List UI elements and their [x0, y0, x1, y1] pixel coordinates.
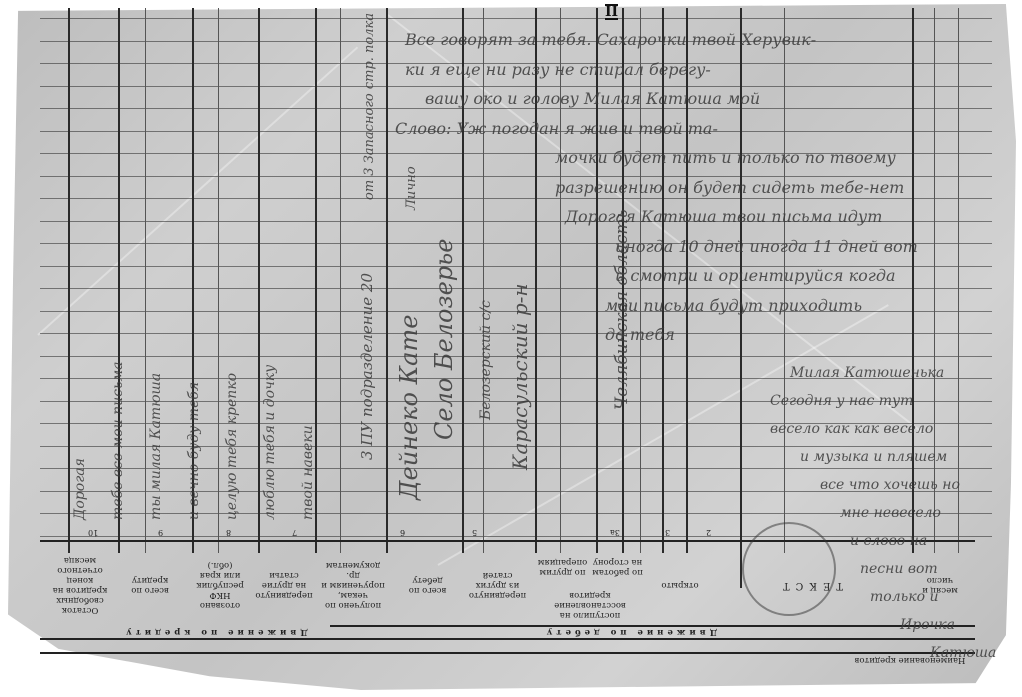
column-header-works: по работам на сторону: [590, 548, 645, 586]
letter-line: разрешению он будет сидеть тебе-нет: [555, 178, 904, 197]
column-header-moved-in: передвинуто из других статей: [465, 548, 530, 623]
column-number: 2: [706, 528, 711, 537]
letter-line: Ирочка: [900, 617, 955, 633]
letter-line: и смотри и ориентируйся когда: [615, 266, 896, 285]
letter-line: песни вот: [860, 561, 938, 577]
letter-line: Сегодня у нас тут: [770, 393, 913, 409]
address-subdistrict: Белозерский с/с: [478, 300, 494, 420]
address-district: Карасульский р-н: [508, 283, 532, 470]
column-header-opened: открыто: [650, 548, 710, 623]
letter-line: Дорогая: [72, 458, 88, 520]
letter-line: Слово: Уж погодан я жив и твой та-: [395, 119, 718, 138]
letter-line: Все говорят за тебя. Сахарочки твой Херу…: [405, 30, 816, 49]
column-number: 7: [292, 528, 297, 537]
letter-line: только и: [870, 589, 939, 605]
column-number: 6: [400, 528, 405, 537]
letter-line: все что хочешь но: [820, 477, 960, 493]
letter-line: и слово на: [850, 533, 927, 549]
corner-date-cell: месяц и число: [920, 548, 960, 623]
column-number: 9: [158, 528, 163, 537]
section-debit-label: Движение по дебету: [330, 626, 930, 638]
ledger-row-line: [40, 86, 992, 87]
letter-line: Милая Катюшенька: [790, 365, 944, 381]
column-number: 8: [226, 528, 231, 537]
diagonal-crease: [37, 47, 358, 336]
column-header-other-ops: по другим операциям: [535, 548, 590, 586]
letter-line: вашу око и голову Милая Катюша мой: [425, 89, 760, 108]
letter-line: мочки будет пить и только по твоему: [555, 148, 896, 167]
letter-line: мне невесело: [840, 505, 941, 521]
column-header-recalled: отозвано НКФ республик или края (обл.): [190, 548, 250, 623]
postal-stamp-mark: [742, 522, 836, 616]
letter-line: иногда 10 дней иногда 11 дней вот: [615, 237, 918, 256]
address-personal: Лично: [404, 166, 419, 210]
column-number: 3a: [610, 528, 620, 537]
address-recipient: Дейнеко Кате: [395, 315, 423, 500]
letter-line: твой навеки: [300, 425, 316, 520]
column-number: 3: [665, 528, 670, 537]
section-credit-label: Движение по кредиту: [100, 626, 330, 638]
column-header-moved-out: передвинуто на другие статьи: [255, 548, 313, 623]
letter-line: тебе все мои письма: [110, 361, 126, 520]
letter-line: ты милая Катюша: [148, 373, 164, 520]
letter-line: мои письма будут приходить: [605, 296, 862, 315]
roman-numeral: II: [605, 4, 618, 20]
ledger-row-line: [40, 198, 992, 199]
ledger-row-line: [40, 176, 992, 177]
column-header-received: получено по чекам, поручениям и др. доку…: [318, 548, 388, 623]
letter-line: весело как как весело: [770, 421, 933, 437]
letter-line: и музыка и пляшем: [800, 449, 947, 465]
column-header-balance: Остаток свободных кредитов на конец отче…: [50, 548, 110, 623]
column-header-total-debit: всего по дебету: [395, 548, 460, 623]
sender-from: от 3 Запасного стр. полка: [362, 13, 377, 200]
column-header-total-credit: всего по кредиту: [115, 548, 185, 623]
ledger-row-line: [40, 18, 992, 19]
address-village: Село Белозерье: [430, 239, 458, 440]
sender-unit: 3 ПУ подразделение 20: [358, 273, 376, 460]
letter-line: люблю тебя и дочку: [262, 365, 278, 520]
ledger-row-line: [40, 108, 992, 109]
column-header-restored: поступило на восстановление кредитов: [535, 588, 645, 623]
column-number: 10: [88, 528, 98, 537]
column-number: 5: [472, 528, 477, 537]
address-region: Челябинская область: [612, 209, 632, 410]
letter-line: целую тебя крепко: [224, 373, 240, 520]
letter-line: ки я еще ни разу не стирал берегу-: [405, 60, 711, 79]
letter-line: Катюша: [930, 645, 996, 661]
letter-line: и вечно буду тебя: [186, 382, 202, 520]
